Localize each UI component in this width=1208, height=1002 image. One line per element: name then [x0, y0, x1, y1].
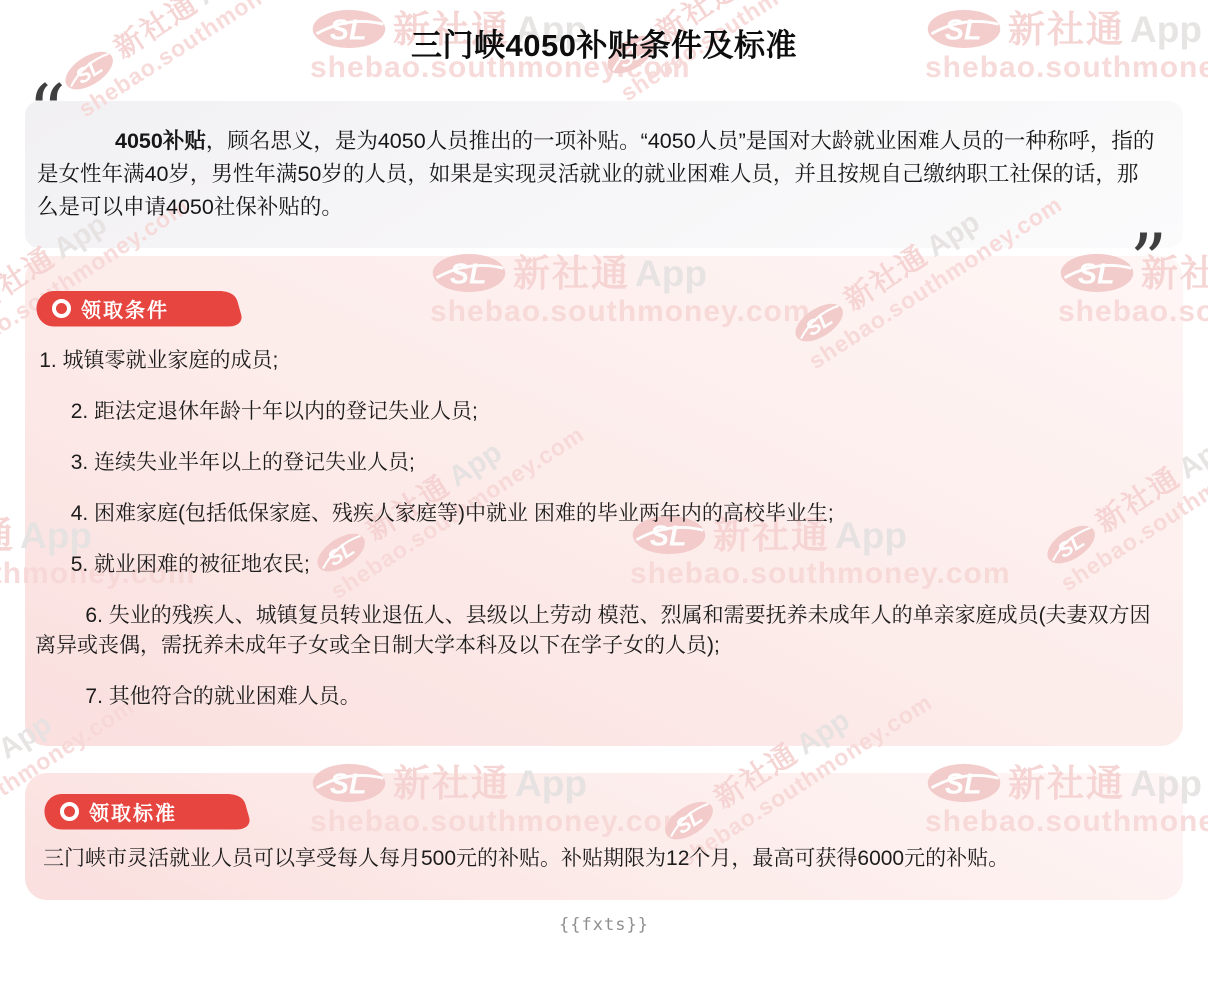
quote-lead-bold: 4050补贴	[115, 129, 206, 153]
watermark-brand-suffix: App	[192, 0, 255, 11]
page-title: 三门峡4050补贴条件及标准	[25, 24, 1183, 68]
standard-badge: 领取标准	[43, 793, 255, 830]
condition-item: 3. 连续失业半年以上的登记失业人员;	[35, 448, 1159, 478]
summary-quote-box: “ “ 4050补贴，顾名思义，是为4050人员推出的一项补贴。“4050人员”…	[25, 101, 1183, 248]
standard-panel: 领取标准 三门峡市灵活就业人员可以享受每人每月500元的补贴。补贴期限为12个月…	[25, 773, 1183, 900]
condition-item: 7. 其他符合的就业困难人员。	[35, 682, 1159, 712]
conditions-badge: 领取条件	[35, 290, 247, 327]
footer-placeholder: {{fxts}}	[0, 915, 1208, 935]
standard-text: 三门峡市灵活就业人员可以享受每人每月500元的补贴。补贴期限为12个月，最高可获…	[43, 844, 1118, 874]
badge-ring-icon	[60, 802, 79, 821]
watermark-brand: 新社通	[0, 517, 15, 554]
badge-ring-icon	[52, 299, 71, 318]
watermark-brand: 新社通	[0, 743, 6, 818]
standard-badge-label: 领取标准	[89, 797, 177, 826]
condition-item: 6. 失业的残疾人、城镇复员转业退伍人、县级以上劳动 模范、烈属和需要抚养未成年…	[35, 601, 1159, 661]
condition-item: 4. 困难家庭(包括低保家庭、残疾人家庭等)中就业 困难的毕业两年内的高校毕业生…	[35, 499, 1159, 529]
conditions-panel: 领取条件 1. 城镇零就业家庭的成员; 2. 距法定退休年龄十年以内的登记失业人…	[25, 256, 1183, 746]
conditions-badge-label: 领取条件	[81, 294, 169, 323]
condition-item: 1. 城镇零就业家庭的成员;	[35, 346, 1159, 376]
quote-text: 4050补贴，顾名思义，是为4050人员推出的一项补贴。“4050人员”是国对大…	[37, 125, 1155, 224]
condition-item: 2. 距法定退休年龄十年以内的登记失业人员;	[35, 397, 1159, 427]
condition-item: 5. 就业困难的被征地农民;	[35, 550, 1159, 580]
conditions-list: 1. 城镇零就业家庭的成员; 2. 距法定退休年龄十年以内的登记失业人员; 3.…	[35, 346, 1159, 712]
